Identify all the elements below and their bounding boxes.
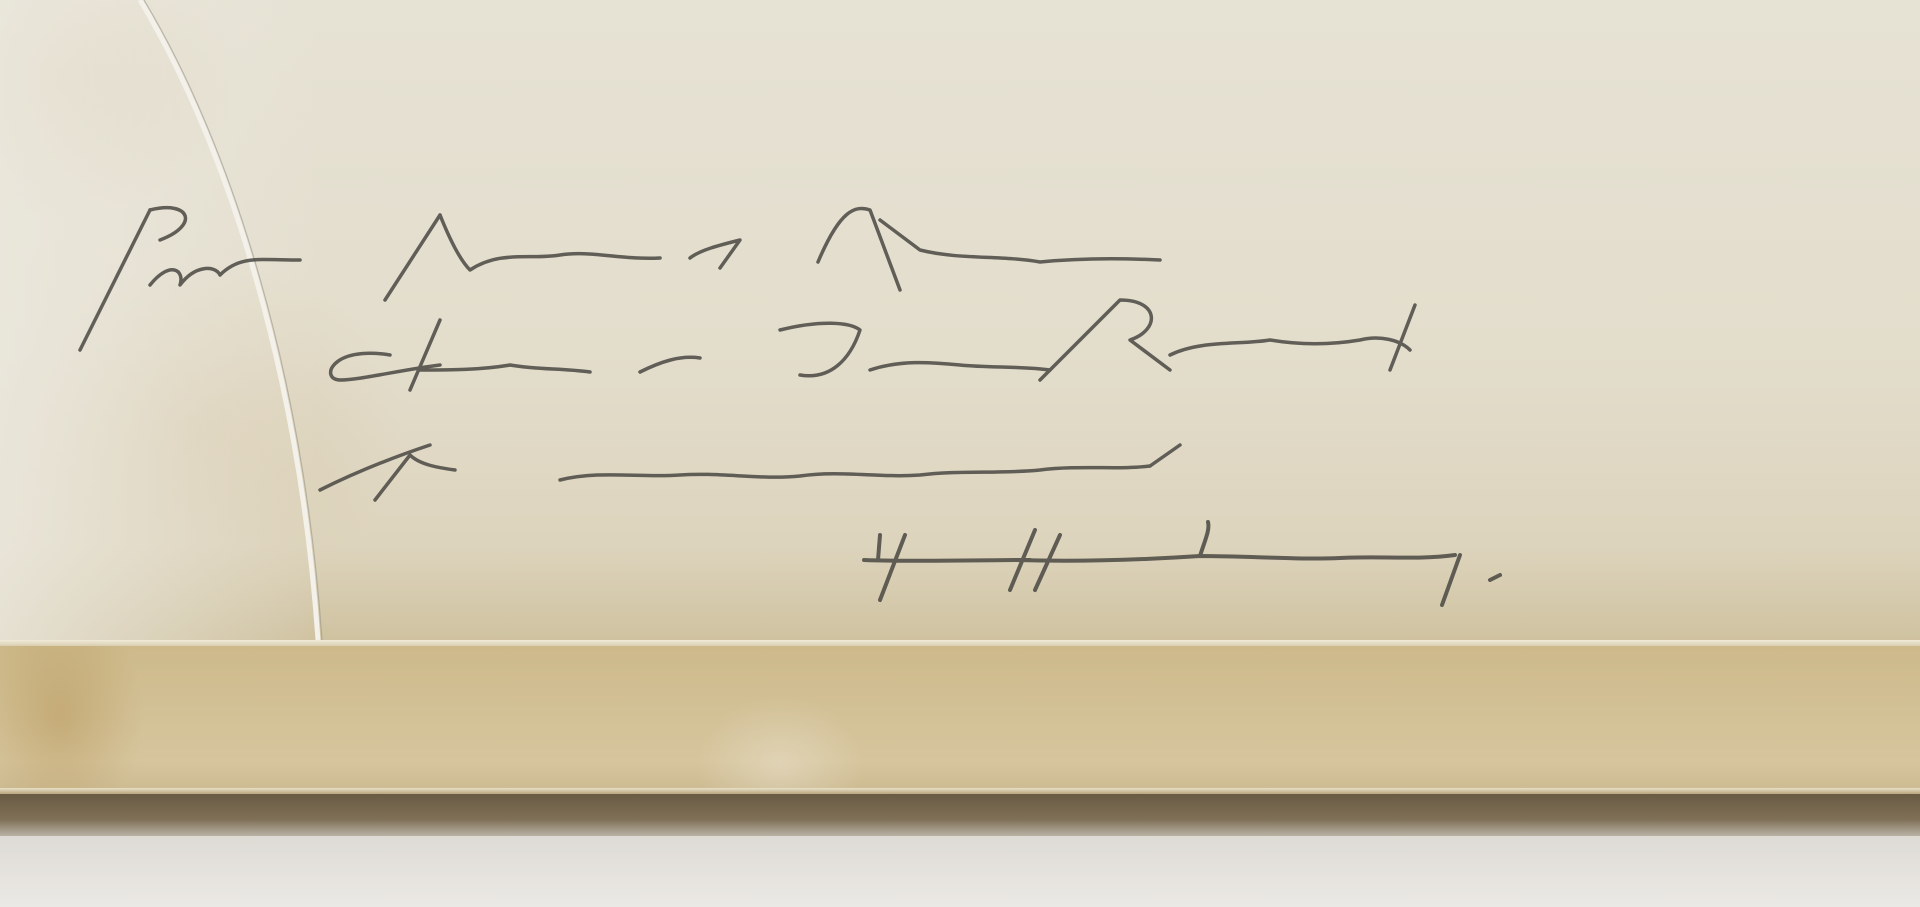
inscription-line-1 bbox=[80, 208, 1160, 350]
inscription-line-3 bbox=[320, 445, 1180, 500]
inscription-line-2 bbox=[331, 300, 1415, 390]
handwritten-inscription bbox=[0, 0, 1920, 642]
frame-shadow bbox=[0, 794, 1920, 836]
frame-bottom-rail bbox=[0, 646, 1920, 790]
wall-background bbox=[0, 836, 1920, 907]
signature bbox=[864, 522, 1500, 605]
